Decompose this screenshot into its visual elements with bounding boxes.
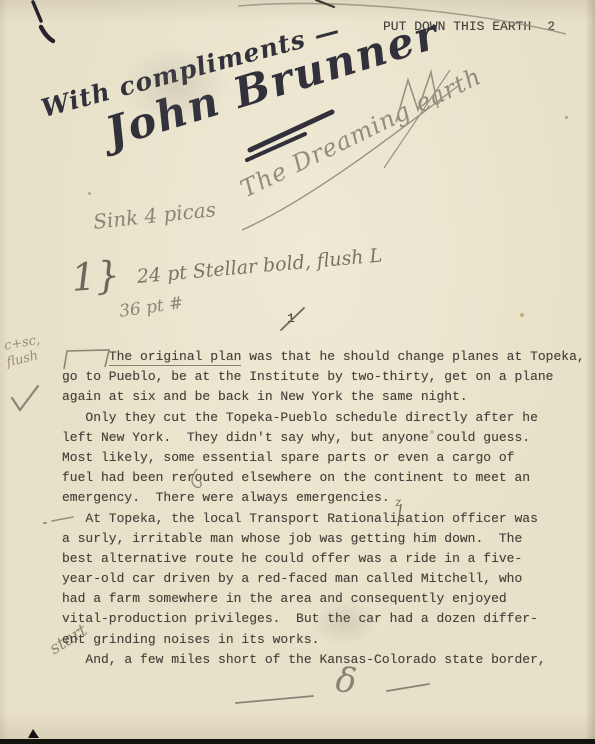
paper-speck	[520, 313, 524, 317]
type-spec-note: 24 pt Stellar bold, flush L	[136, 245, 383, 288]
paragraph-brace-number: 1}	[70, 253, 121, 300]
body-line: Most likely, some essential spare parts …	[62, 448, 562, 468]
margin-check-mark	[12, 386, 38, 410]
ink-mark	[33, 2, 41, 21]
paper-speck	[565, 116, 568, 119]
body-line: At Topeka, the local Transport Rationali…	[62, 509, 562, 529]
body-line: fuel had been rerouted elsewhere on the …	[62, 468, 562, 488]
ink-mark	[41, 27, 53, 41]
sink-picas-note: Sink 4 picas	[92, 197, 217, 234]
chapter-number: 1	[287, 311, 295, 326]
body-line: left New York. They didn't say why, but …	[62, 428, 562, 448]
page-number: 2	[547, 19, 555, 34]
p3-pre: At Topeka, the local Transport Rationali	[62, 511, 397, 526]
paper-speck	[88, 192, 91, 195]
body-line: ent grinding noises in its works.	[62, 630, 562, 650]
body-line: had a farm somewhere in the area and con…	[62, 589, 562, 609]
body-line: a surly, irritable man whose job was get…	[62, 529, 562, 549]
body-line: vital-production privileges. But the car…	[62, 609, 562, 629]
underlined-phrase: The original plan	[109, 349, 242, 366]
body-line: emergency. There were always emergencies…	[62, 488, 562, 508]
body-line: Only they cut the Topeka-Pueblo schedule…	[62, 408, 562, 428]
body-line: best alternative route he could offer wa…	[62, 549, 562, 569]
p1-rest: was that he should change planes at Tope…	[241, 349, 584, 364]
manuscript-page: PUT DOWN THIS EARTH 2 With compliments —…	[0, 0, 595, 744]
scan-edge-strip	[0, 739, 595, 744]
edge-notch	[28, 729, 39, 738]
body-line: And, a few miles short of the Kansas-Col…	[62, 650, 562, 670]
body-text: The original plan was that he should cha…	[62, 347, 562, 670]
space-spec-note: 36 pt #	[118, 293, 185, 322]
end-dash	[387, 684, 429, 691]
p3-post: ation officer was	[405, 511, 538, 526]
p1-indent	[62, 349, 109, 364]
end-dash	[236, 696, 313, 703]
body-line: go to Pueblo, be at the Institute by two…	[62, 367, 562, 387]
ink-mark	[316, 0, 334, 7]
body-line: year-old car driven by a red-faced man c…	[62, 569, 562, 589]
body-line: again at six and be back in New York the…	[62, 387, 562, 407]
body-line: The original plan was that he should cha…	[62, 347, 562, 367]
